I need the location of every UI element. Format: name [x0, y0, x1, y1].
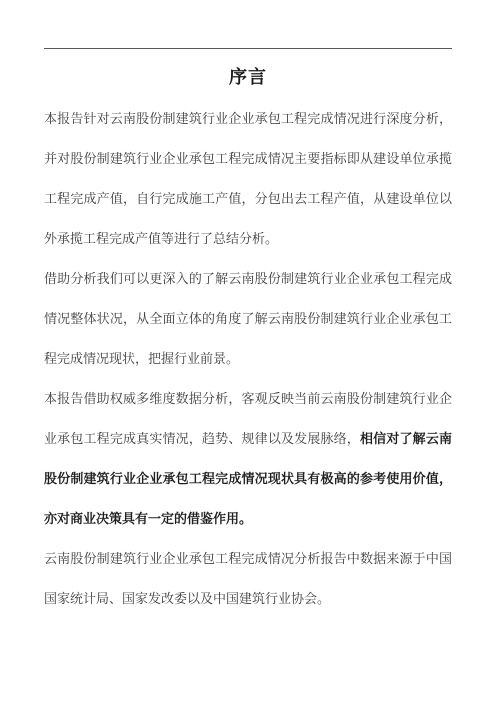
paragraph-2-text: 借助分析我们可以更深入的了解云南股份制建筑行业企业承包工程完成情况整体状况，从全…	[44, 272, 452, 367]
paragraph-4: 云南股份制建筑行业企业承包工程完成情况分析报告中数据来源于中国国家统计局、国家发…	[44, 540, 452, 620]
document-page: 序言 本报告针对云南股份制建筑行业企业承包工程完成情况进行深度分析，并对股份制建…	[0, 0, 496, 701]
paragraph-3: 本报告借助权威多维度数据分析，客观反映当前云南股份制建筑行业企业承包工程完成真实…	[44, 380, 452, 540]
paragraph-1: 本报告针对云南股份制建筑行业企业承包工程完成情况进行深度分析，并对股份制建筑行业…	[44, 100, 452, 260]
page-content: 序言 本报告针对云南股份制建筑行业企业承包工程完成情况进行深度分析，并对股份制建…	[44, 0, 452, 620]
header-divider	[44, 48, 452, 49]
document-body: 本报告针对云南股份制建筑行业企业承包工程完成情况进行深度分析，并对股份制建筑行业…	[44, 100, 452, 620]
paragraph-1-text: 本报告针对云南股份制建筑行业企业承包工程完成情况进行深度分析，并对股份制建筑行业…	[44, 112, 452, 247]
paragraph-4-text: 云南股份制建筑行业企业承包工程完成情况分析报告中数据来源于中国国家统计局、国家发…	[44, 552, 452, 607]
page-title: 序言	[44, 67, 452, 88]
paragraph-2: 借助分析我们可以更深入的了解云南股份制建筑行业企业承包工程完成情况整体状况，从全…	[44, 260, 452, 380]
